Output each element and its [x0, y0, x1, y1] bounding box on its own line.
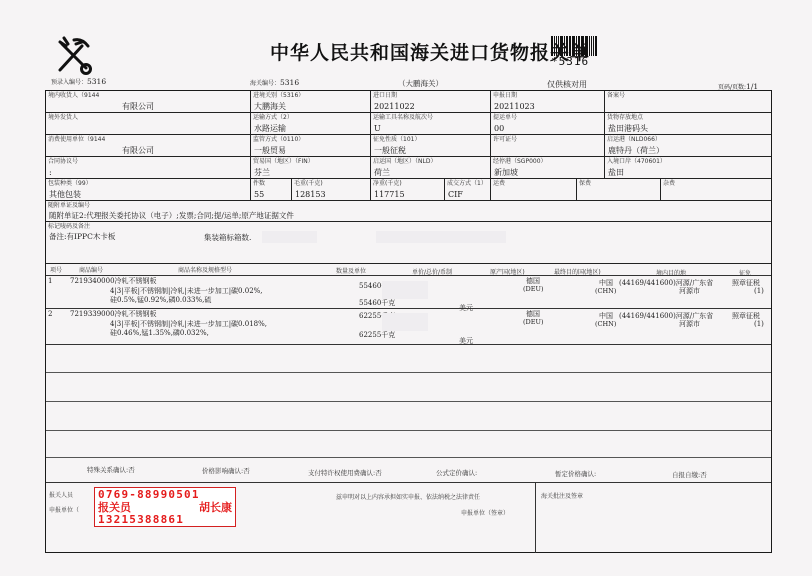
attached-docs-cell: 随附单证及编号 随附单证2:代理报关委托协议（电子）;发票;合同;提/运单;原产… — [46, 201, 771, 222]
marks-remarks-cell: 标记唛码及备注 备注:有IPPC木卡板 集装箱标箱数. — [46, 222, 771, 264]
package-type-cell: 包装种类（99）其他包装 — [46, 179, 251, 201]
for-check-only: 仅供核对用 — [547, 79, 587, 90]
col-hs-code: 商品编号 — [79, 266, 103, 275]
transaction-mode-cell: 成交方式（1）CIF — [445, 179, 491, 201]
overseas-shipper-cell: 境外发货人 — [46, 113, 251, 135]
transit-port-cell: 经停港（SGP000）新加坡 — [491, 157, 605, 179]
record-no-cell: 备案号 — [605, 91, 771, 113]
declare-date-cell: 申报日期20211023 — [491, 91, 605, 113]
customs-remarks-label: 海关批注及签章 — [541, 492, 583, 501]
document-title: 中华人民共和国海关进口货物报关单 — [270, 38, 590, 65]
departure-port-cell: 启运港（NLD066）鹿特丹（荷兰） — [605, 135, 771, 157]
col-item-no: 项号 — [50, 266, 62, 275]
contract-no-cell: 合同协议号: — [46, 157, 251, 179]
self-report-confirm: 自报自缴:否 — [672, 471, 707, 480]
transport-mode-cell: 运输方式（2）水路运输 — [251, 113, 371, 135]
pieces-cell: 件数55 — [251, 179, 292, 201]
declare-unit-seal: 申报单位（签章） — [461, 509, 509, 518]
vessel-voyage-cell: 运输工具名称及航次号U — [371, 113, 491, 135]
pre-entry-number: 预录入编号：5316 — [51, 77, 106, 86]
consumer-unit-cell: 消费使用单位（9144 有限公司 — [46, 135, 251, 157]
declaration-form: 境内收货人（9144 有限公司 进境关别（5316）大鹏海关 进口日期20211… — [45, 90, 772, 553]
insurance-cell: 保费 — [577, 179, 661, 201]
formula-price-confirm: 公式定价确认: — [436, 469, 477, 478]
net-weight-cell: 净重(千克)117715 — [371, 179, 445, 201]
declarant-label: 报关人员 — [49, 491, 73, 500]
barcode — [551, 36, 597, 56]
customs-declaration-page: 中华人民共和国海关进口货物报关单 *5316 预录入编号：5316 海关编号：5… — [0, 0, 812, 576]
royalty-confirm: 支付特许权使用费确认:否 — [308, 469, 382, 478]
declarant-stamp: 0769-88990501 报关员胡长康 13215388861 — [94, 487, 236, 527]
col-name-spec: 商品名称及规格型号 — [178, 266, 232, 275]
declare-unit-label: 申报单位（ — [49, 506, 79, 515]
special-relation-confirm: 特殊关系确认:否 — [87, 466, 135, 475]
bill-of-lading-cell: 提运单号00 — [491, 113, 605, 135]
levy-nature-cell: 征免性质（101）一般征税 — [371, 135, 491, 157]
trade-country-cell: 贸易国（地区）（FIN）芬兰 — [251, 157, 371, 179]
entry-port-cell: 入境口岸（470601）盐田 — [605, 157, 771, 179]
entry-customs-cell: 进境关别（5316）大鹏海关 — [251, 91, 371, 113]
gross-weight-cell: 毛重(千克)128153 — [292, 179, 371, 201]
storage-place-cell: 货物存放地点盐田港码头 — [605, 113, 771, 135]
provisional-price-confirm: 暂定价格确认: — [555, 470, 596, 479]
license-no-cell: 许可证号 — [491, 135, 605, 157]
legal-statement: 兹申明对以上内容承担如实申报、依法纳税之法律责任 — [336, 493, 480, 502]
supervision-mode-cell: 监管方式（0110）一般贸易 — [251, 135, 371, 157]
barcode-number: *5316 — [551, 55, 589, 68]
customs-name: （大鹏海关） — [398, 78, 443, 89]
misc-fee-cell: 杂费 — [661, 179, 771, 201]
customs-emblem-icon — [52, 34, 94, 76]
freight-cell: 运费 — [491, 179, 577, 201]
col-levy: 征免 — [739, 269, 751, 278]
departure-country-cell: 启运国（地区）（NLD）荷兰 — [371, 157, 491, 179]
col-domestic-dest: 境内目的地 — [656, 269, 686, 278]
domestic-consignee-cell: 境内收货人（9144 有限公司 — [46, 91, 251, 113]
price-influence-confirm: 价格影响确认:否 — [202, 467, 250, 476]
import-date-cell: 进口日期20211022 — [371, 91, 491, 113]
customs-number: 海关编号：5316 — [250, 78, 299, 87]
